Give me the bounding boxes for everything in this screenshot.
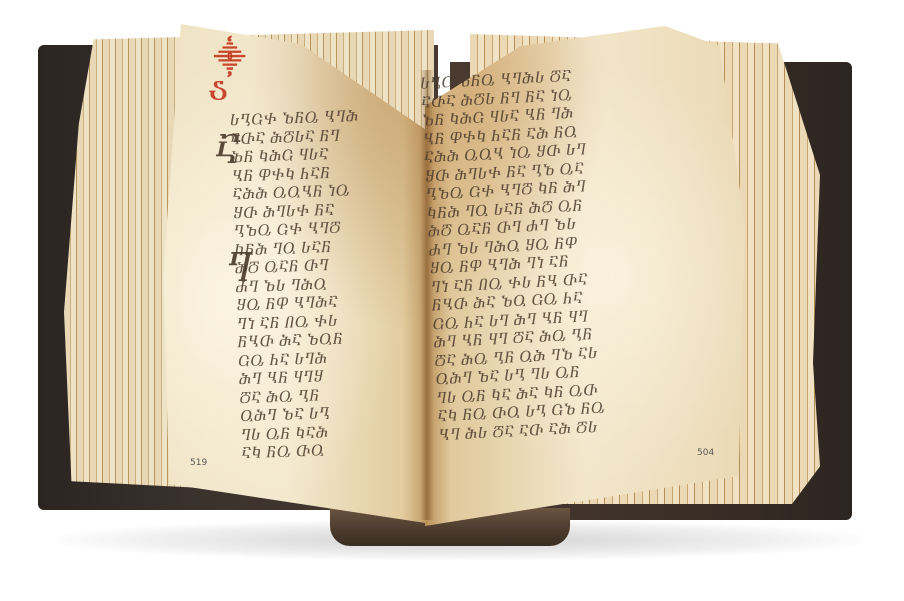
- rubric-initial: Ⴢ: [208, 80, 228, 106]
- left-page-text: ႱႢႺႵ ႦႬႭ ႡႤႫ ႠႧႠ ႫႣႱႠ ႬႤ ႦႬ ႩႫႺ ႷႱႠ ႡႬ Ⴔ…: [230, 107, 433, 483]
- rubric-mark: ⸎: [214, 36, 245, 77]
- folio-number-left: 519: [190, 458, 207, 468]
- folio-number-right: 504: [697, 448, 714, 458]
- right-page-text: ႱႢႺ ႦႬႭ ႡႤႫႱ ႣႠ ႠႧႠ ႫႣႱ ႬႤ ႬႠ ႨႭ ႦႬ ႩႫႺ …: [420, 64, 691, 477]
- manuscript-photo: ⸎ Ⴢ Ⴀ Ⴄ ႱႢႺႵ ႦႬႭ ႡႤႫ ႠႧႠ ႫႣႱႠ ႬႤ ႦႬ ႩႫႺ …: [0, 0, 904, 601]
